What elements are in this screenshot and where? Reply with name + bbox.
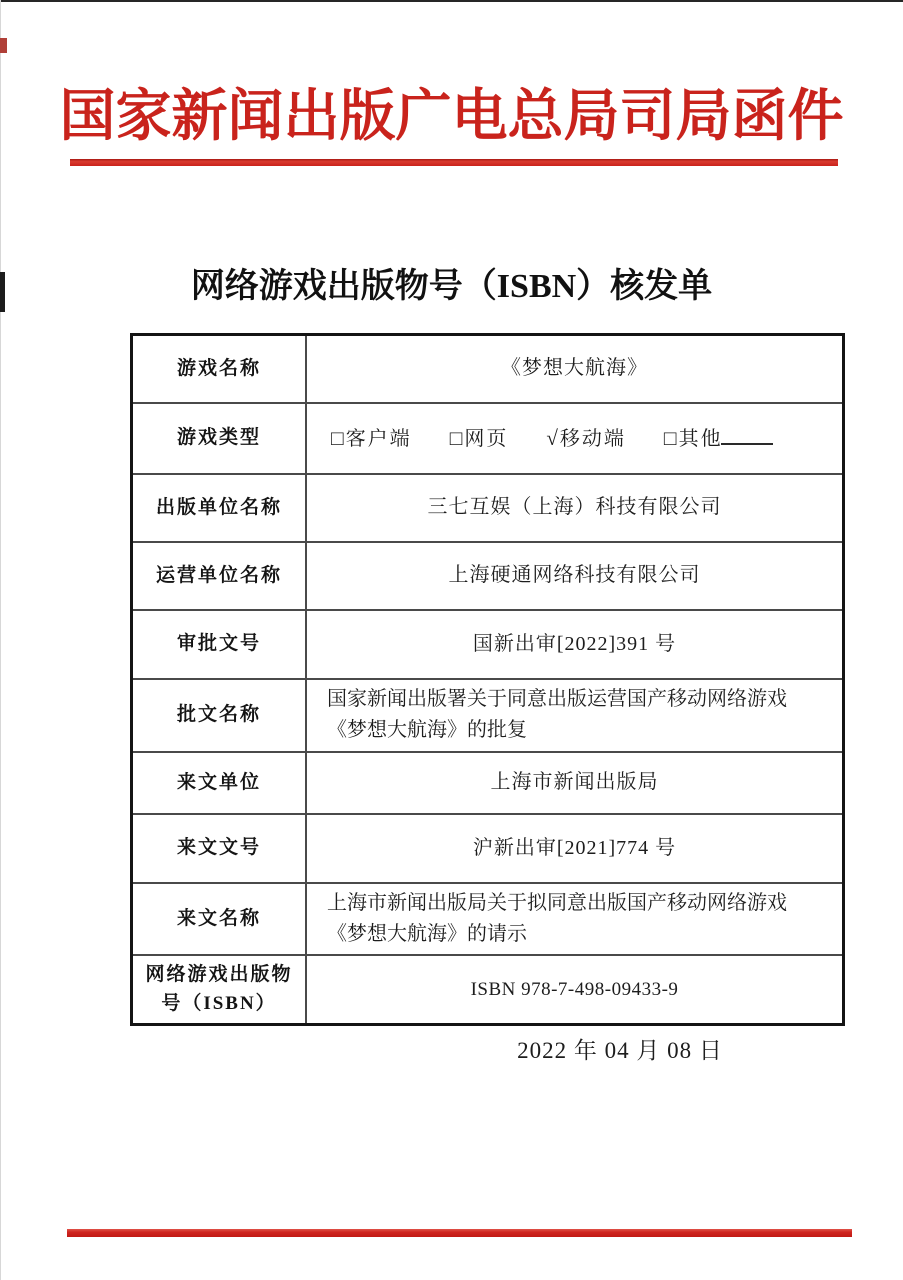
isbn-approval-table: 游戏名称 《梦想大航海》 游戏类型 □ 客户端 □ 网页 √ 移动端 (130, 333, 845, 1026)
checkbox-unchecked-icon: □ (450, 422, 464, 455)
row-value: 国家新闻出版署关于同意出版运营国产移动网络游戏《梦想大航海》的批复 (306, 679, 844, 752)
checkmark-icon: √ (546, 422, 559, 455)
letterhead-title: 国家新闻出版广电总局司局函件 (0, 82, 903, 152)
option-label: 其他 (679, 424, 723, 455)
game-type-options: □ 客户端 □ 网页 √ 移动端 □ 其他 (306, 403, 844, 474)
scan-artifact-left-hairline (0, 0, 1, 1280)
option-mobile: √ 移动端 (546, 422, 626, 455)
table-row: 运营单位名称 上海硬通网络科技有限公司 (132, 542, 844, 610)
table-row: 审批文号 国新出审[2022]391 号 (132, 610, 844, 679)
option-other: □ 其他 (664, 422, 773, 455)
row-value: 《梦想大航海》 (306, 335, 844, 403)
table-row: 批文名称 国家新闻出版署关于同意出版运营国产移动网络游戏《梦想大航海》的批复 (132, 679, 844, 752)
option-label: 移动端 (560, 424, 626, 455)
issue-date: 2022 年 04 月 08 日 (338, 1032, 902, 1065)
row-label: 游戏名称 (132, 335, 307, 403)
other-blank-line (721, 423, 773, 445)
table-row: 来文单位 上海市新闻出版局 (132, 752, 844, 814)
row-label: 网络游戏出版物号（ISBN） (132, 955, 307, 1025)
row-label: 出版单位名称 (132, 474, 307, 542)
row-label: 来文名称 (132, 883, 307, 955)
row-label: 批文名称 (132, 679, 307, 752)
option-web: □ 网页 (450, 422, 509, 455)
letterhead-rule (70, 159, 838, 166)
table-row: 游戏名称 《梦想大航海》 (132, 335, 844, 403)
option-label: 网页 (464, 424, 508, 455)
checkbox-unchecked-icon: □ (331, 422, 345, 455)
row-value: 上海硬通网络科技有限公司 (306, 542, 844, 610)
row-value: 沪新出审[2021]774 号 (306, 814, 844, 883)
row-value: 三七互娱（上海）科技有限公司 (306, 474, 844, 542)
form-title: 网络游戏出版物号（ISBN）核发单 (0, 258, 903, 307)
row-label: 游戏类型 (132, 403, 307, 474)
table-row: 来文文号 沪新出审[2021]774 号 (132, 814, 844, 883)
table-row: 出版单位名称 三七互娱（上海）科技有限公司 (132, 474, 844, 542)
table-row: 网络游戏出版物号（ISBN） ISBN 978-7-498-09433-9 (132, 955, 844, 1025)
table-row: 来文名称 上海市新闻出版局关于拟同意出版国产移动网络游戏《梦想大航海》的请示 (132, 883, 844, 955)
scan-artifact-left-red-mark (0, 38, 7, 53)
option-client: □ 客户端 (331, 422, 412, 455)
row-label: 审批文号 (132, 610, 307, 679)
row-label: 来文单位 (132, 752, 307, 814)
document-page: 国家新闻出版广电总局司局函件 网络游戏出版物号（ISBN）核发单 游戏名称 《梦… (0, 0, 903, 1280)
row-label: 来文文号 (132, 814, 307, 883)
row-value: 国新出审[2022]391 号 (306, 610, 844, 679)
row-value: 上海市新闻出版局 (306, 752, 844, 814)
row-value: 上海市新闻出版局关于拟同意出版国产移动网络游戏《梦想大航海》的请示 (306, 883, 844, 955)
option-label: 客户端 (346, 424, 412, 455)
row-value: ISBN 978-7-498-09433-9 (306, 955, 844, 1025)
table-row: 游戏类型 □ 客户端 □ 网页 √ 移动端 □ (132, 403, 844, 474)
row-label: 运营单位名称 (132, 542, 307, 610)
scan-artifact-top-line (0, 0, 903, 2)
checkbox-unchecked-icon: □ (664, 422, 678, 455)
footer-rule (67, 1229, 852, 1237)
